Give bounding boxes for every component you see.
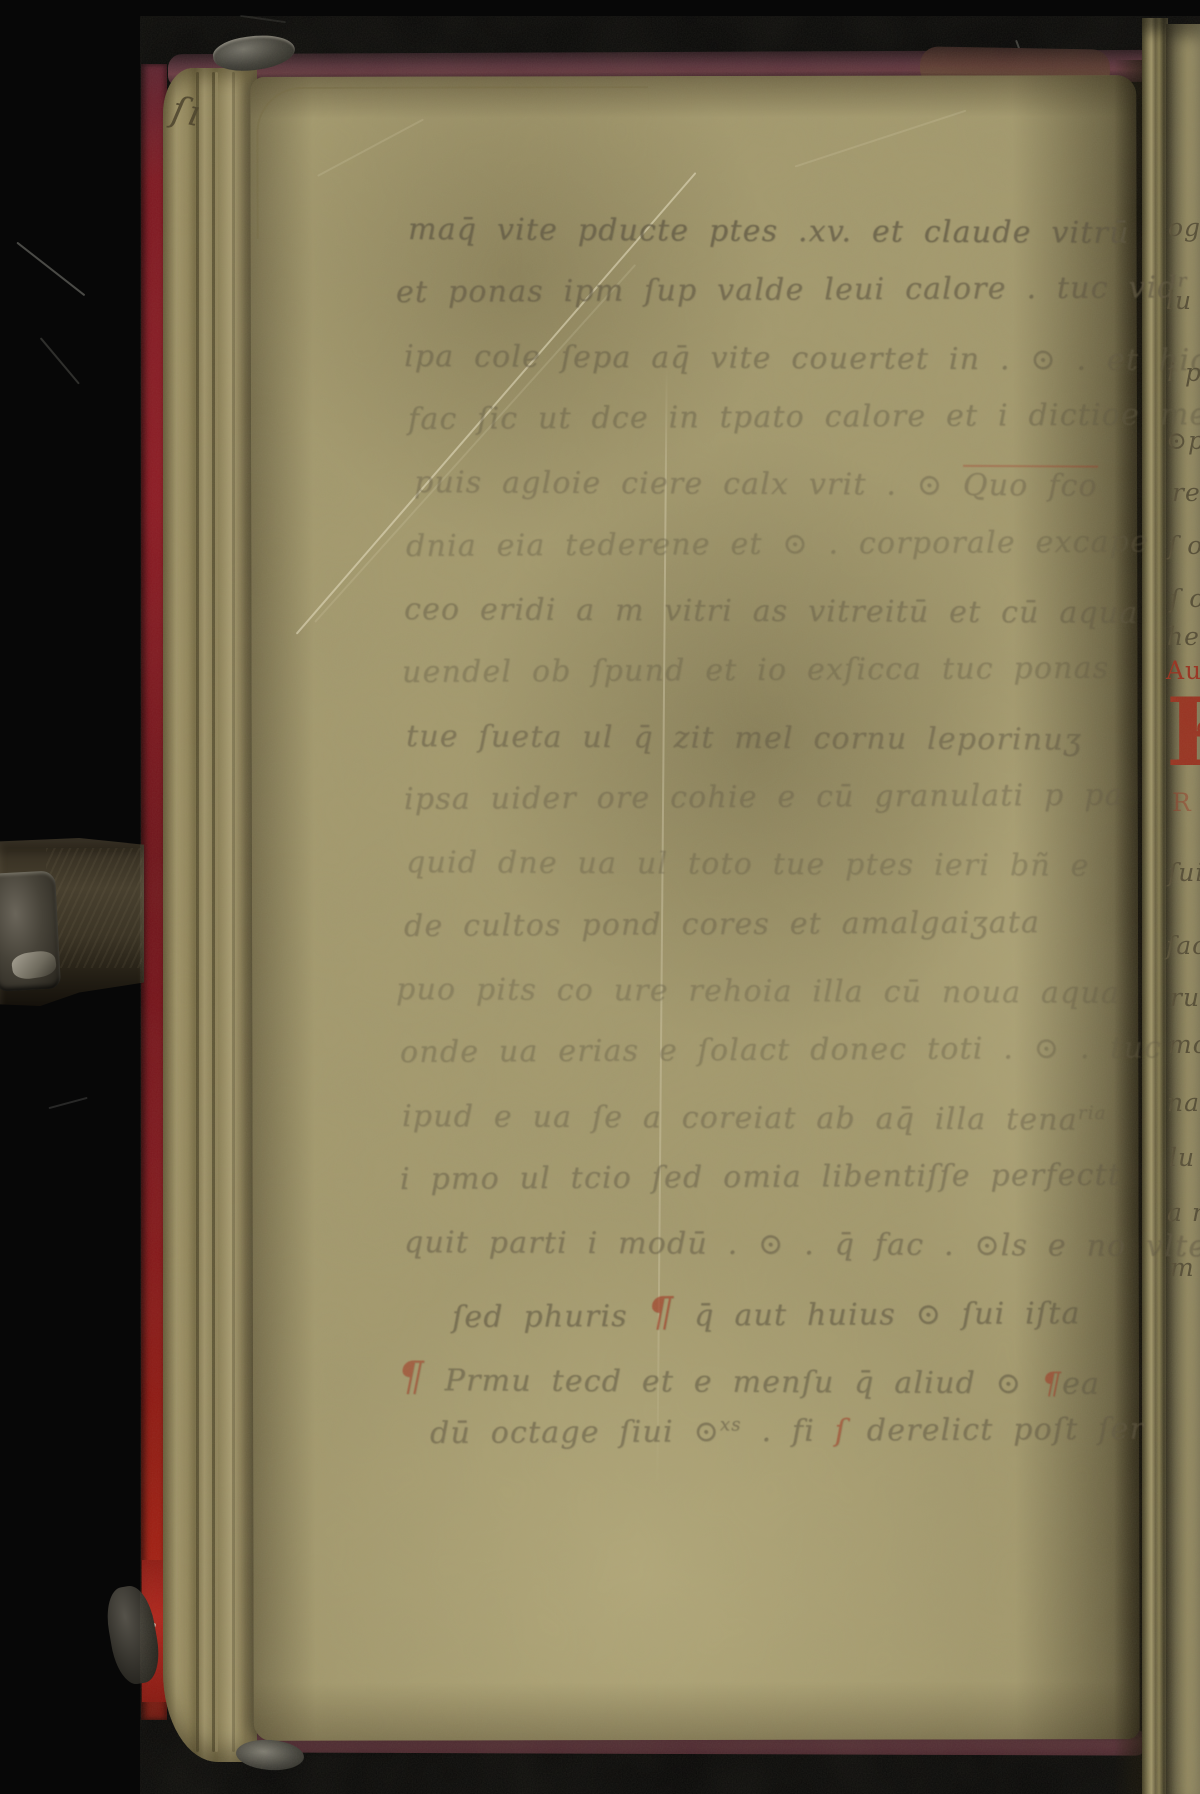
- backdrop-scratch: [240, 15, 286, 23]
- manuscript-photo: ſı maq̄ vite pducte ptes .xv. et claude …: [0, 0, 1200, 1794]
- page-block-edge: [163, 68, 257, 1762]
- page-scratch: [314, 264, 636, 622]
- backdrop-scratch: [40, 337, 80, 384]
- backdrop-scratch: [17, 242, 86, 296]
- quire-ridge: [212, 72, 215, 1752]
- page-fold-ridge: [256, 86, 648, 239]
- fore-edge-page-stack: [1142, 18, 1168, 1794]
- backdrop-scratch: [48, 1097, 87, 1109]
- quire-ridge: [232, 72, 235, 1752]
- page-scratch: [296, 172, 696, 634]
- facing-page-sliver: [1166, 24, 1200, 1794]
- leather-strap-texture: [46, 848, 142, 968]
- vellum-page: [250, 75, 1139, 1741]
- page-crease: [656, 366, 667, 1486]
- quire-ridge: [196, 72, 199, 1752]
- page-scratch: [795, 110, 967, 167]
